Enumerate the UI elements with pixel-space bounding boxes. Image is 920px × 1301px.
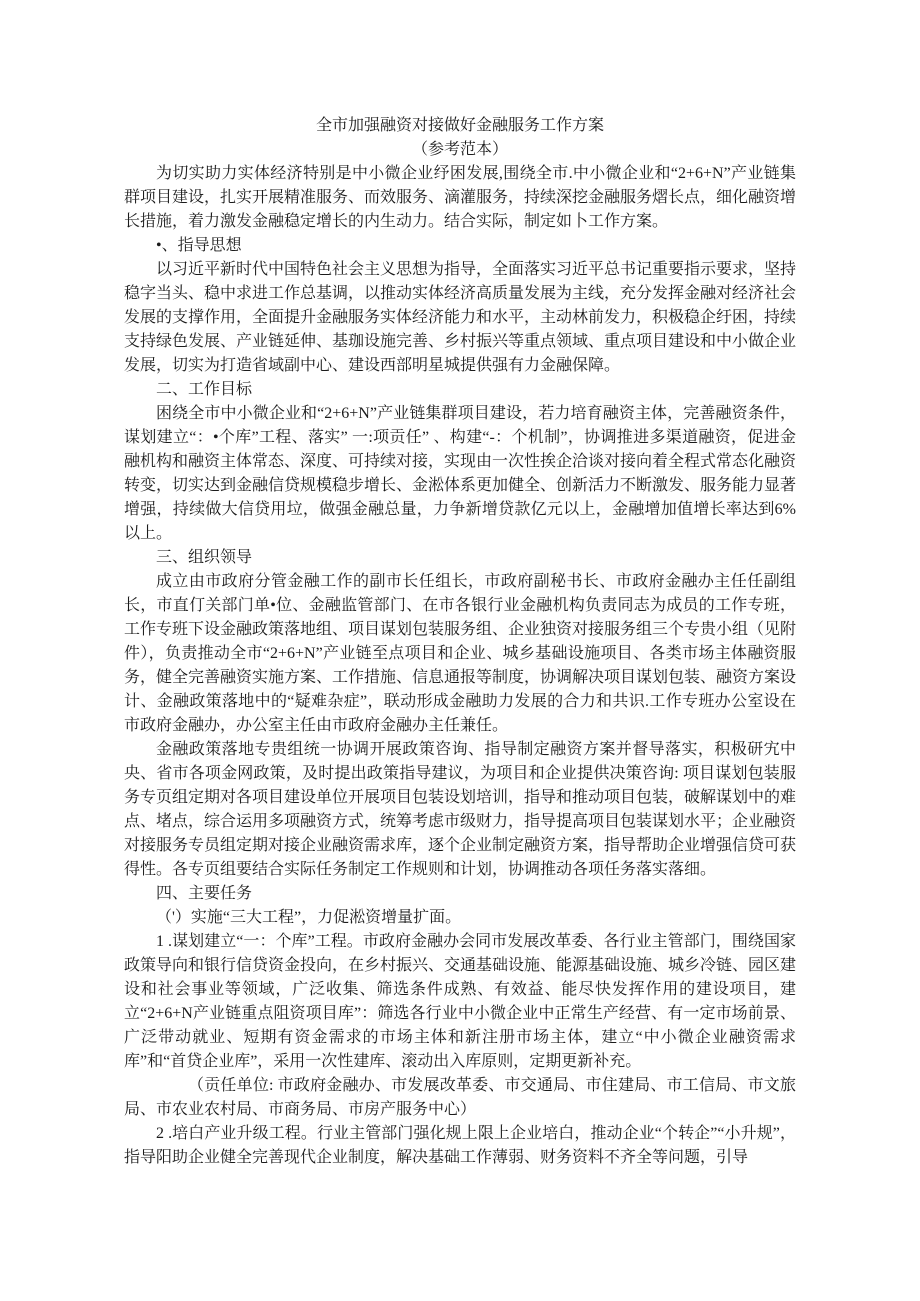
doc-title: 全市加强融资对接做好金融服务工作方案: [124, 114, 796, 138]
doc-subtitle: （参考范本）: [124, 138, 796, 162]
intro-paragraph: 为切实助力实体经济特别是中小微企业纾困发展,围绕全市.中小微企业和“2+6+N”…: [124, 162, 796, 234]
heading-guiding-ideology: •、指导思想: [124, 234, 796, 258]
paragraph-work-goals: 困绕全市中小微企业和“2+6+N”产业链集群项目建设，若力培育融资主体，完善融资…: [124, 402, 796, 546]
paragraph-task-2: 2 .培白产业升级工程。行业主管部门强化规上限上企业培白，推动企业“个转企”“小…: [124, 1122, 796, 1170]
document-page: 全市加强融资对接做好金融服务工作方案 （参考范本） 为切实助力实体经济特别是中小…: [0, 0, 920, 1301]
paragraph-organization-leadership: 成立由市政府分管金融工作的副市长任组长，市政府副秘书长、市政府金融办主任任副组长…: [124, 570, 796, 738]
paragraph-guiding-ideology: 以习近平新时代中国特色社会主义思想为指导，全面落实习近平总书记重要指示要求，坚持…: [124, 258, 796, 378]
heading-main-tasks: 四、主要任务: [124, 882, 796, 906]
paragraph-three-projects: （'）实施“三大工程”，力促淞资增量扩面。: [124, 906, 796, 930]
heading-organization-leadership: 三、组织领导: [124, 546, 796, 570]
paragraph-task-1: 1 .谋划建立“一：个库”工程。市政府金融办会同市发展改革委、各行业主管部门，围…: [124, 930, 796, 1074]
paragraph-responsible-units: （贡任单位: 市政府金融办、市发展改革委、市交通局、市住建局、市工信局、市文旅局…: [124, 1074, 796, 1122]
heading-work-goals: 二、工作目标: [124, 378, 796, 402]
paragraph-special-groups: 金融政策落地专贵组统一协调开展政策咨询、指导制定融资方案并督导落实，积极研宄中央…: [124, 738, 796, 882]
